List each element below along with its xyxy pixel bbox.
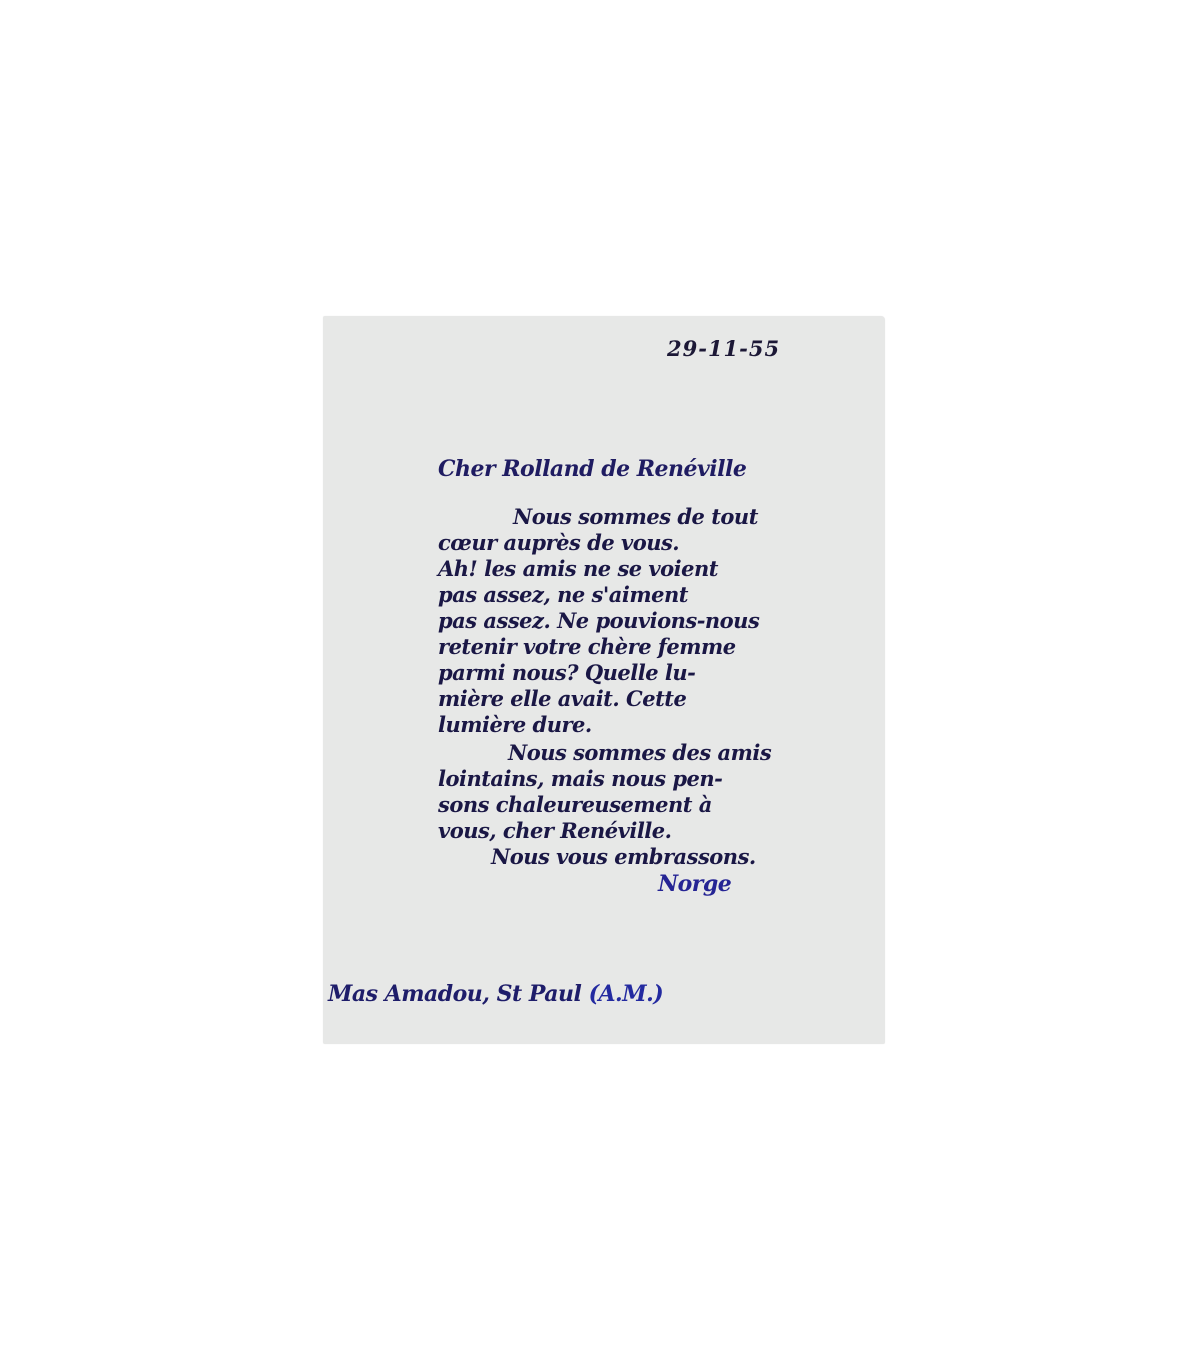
body-line: parmi nous? Quelle lu- (438, 660, 695, 685)
body-line: pas assez, ne s'aiment (438, 582, 688, 607)
body-line: Nous sommes de tout (513, 504, 758, 529)
letter-sheet: 29-11-55 Cher Rolland de Renéville Nous … (323, 316, 885, 1044)
salutation: Cher Rolland de Renéville (438, 456, 746, 482)
signature: Norge (658, 871, 731, 897)
body-line: Ah! les amis ne se voient (438, 556, 718, 581)
letter-date: 29-11-55 (667, 336, 780, 361)
body-line: mière elle avait. Cette (438, 686, 686, 711)
body-line: pas assez. Ne pouvions-nous (438, 608, 759, 633)
address-text: Mas Amadou, St Paul (328, 981, 581, 1007)
address-region: (A.M.) (589, 981, 664, 1007)
body-line: cœur auprès de vous. (438, 530, 679, 555)
body-line: sons chaleureusement à (438, 792, 712, 817)
sender-address: Mas Amadou, St Paul (A.M.) (328, 981, 663, 1007)
body-line: lointains, mais nous pen- (438, 766, 722, 791)
body-line: Nous sommes des amis (508, 740, 771, 765)
body-line: vous, cher Renéville. (438, 818, 671, 843)
body-line: retenir votre chère femme (438, 634, 736, 659)
body-line: Nous vous embrassons. (491, 844, 756, 869)
body-line: lumière dure. (438, 712, 592, 737)
